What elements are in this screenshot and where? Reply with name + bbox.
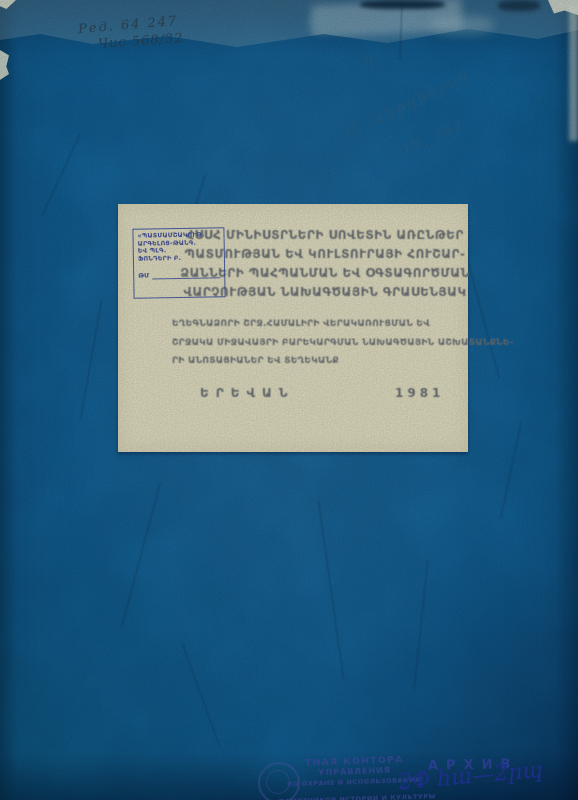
ink-smudge	[498, 0, 540, 11]
imprint-year: 1981	[395, 386, 444, 400]
document-title-line: ԵՂԵԳՆԱՁՈՐԻ ՇՐՋ.ՀԱՄԱԼԻՐԻ ՎԵՐԱԿԱՌՈՒՑՄԱՆ ԵՎ	[172, 315, 472, 334]
edge-wear-streak	[569, 6, 578, 141]
light-scuff	[430, 16, 494, 34]
imprint-city: ԵՐԵՎԱՆ	[200, 386, 294, 400]
imprint-row: ԵՐԵՎԱՆ 1981	[118, 386, 468, 406]
accession-number-label: ԹՄ	[138, 272, 149, 280]
document-title-line: ՇՐՋԱԿԱ ՄԻՋԱՎԱՅՐԻ ԲԱՐԵԿԱՐԳՄԱՆ ՆԱԽԱԳԾԱՅԻՆ …	[172, 334, 472, 353]
pencil-note-top-right-line2: 18, 361	[400, 117, 468, 159]
pencil-mark-top-right: Ո	[360, 51, 377, 73]
accession-number-row: ԹՄ	[138, 271, 220, 280]
accession-number-blank	[152, 272, 220, 280]
document-title-line: ՐԻ ԱՆՈՏԱՑԻԱՆԵՐ ԵՎ ՏԵՂԵԿԱՆՔ	[172, 352, 472, 371]
light-scuff	[310, 12, 344, 34]
title-label: «ՊԱՏՄԱՄՇԱԿՈՒԹ. ԱՐԳԵԼՈՑ-ԹԱՆԳ. ԵՎ ՊԼԳ. ՖՈՆ…	[118, 204, 468, 452]
book-cover: Ред. 64 247 Чис 568/32 Ո Մ. Վերգինյան 18…	[0, 0, 578, 800]
paper-chip	[0, 50, 9, 80]
document-title: ԵՂԵԳՆԱՁՈՐԻ ՇՐՋ.ՀԱՄԱԼԻՐԻ ՎԵՐԱԿԱՌՈՒՑՄԱՆ ԵՎ…	[172, 315, 472, 371]
accession-stamp-line: ՖՈՆԴԵՐԻ Բ.	[138, 254, 220, 263]
archive-accession-stamp: «ՊԱՏՄԱՄՇԱԿՈՒԹ. ԱՐԳԵԼՈՑ-ԹԱՆԳ. ԵՎ ՊԼԳ. ՖՈՆ…	[132, 227, 225, 299]
